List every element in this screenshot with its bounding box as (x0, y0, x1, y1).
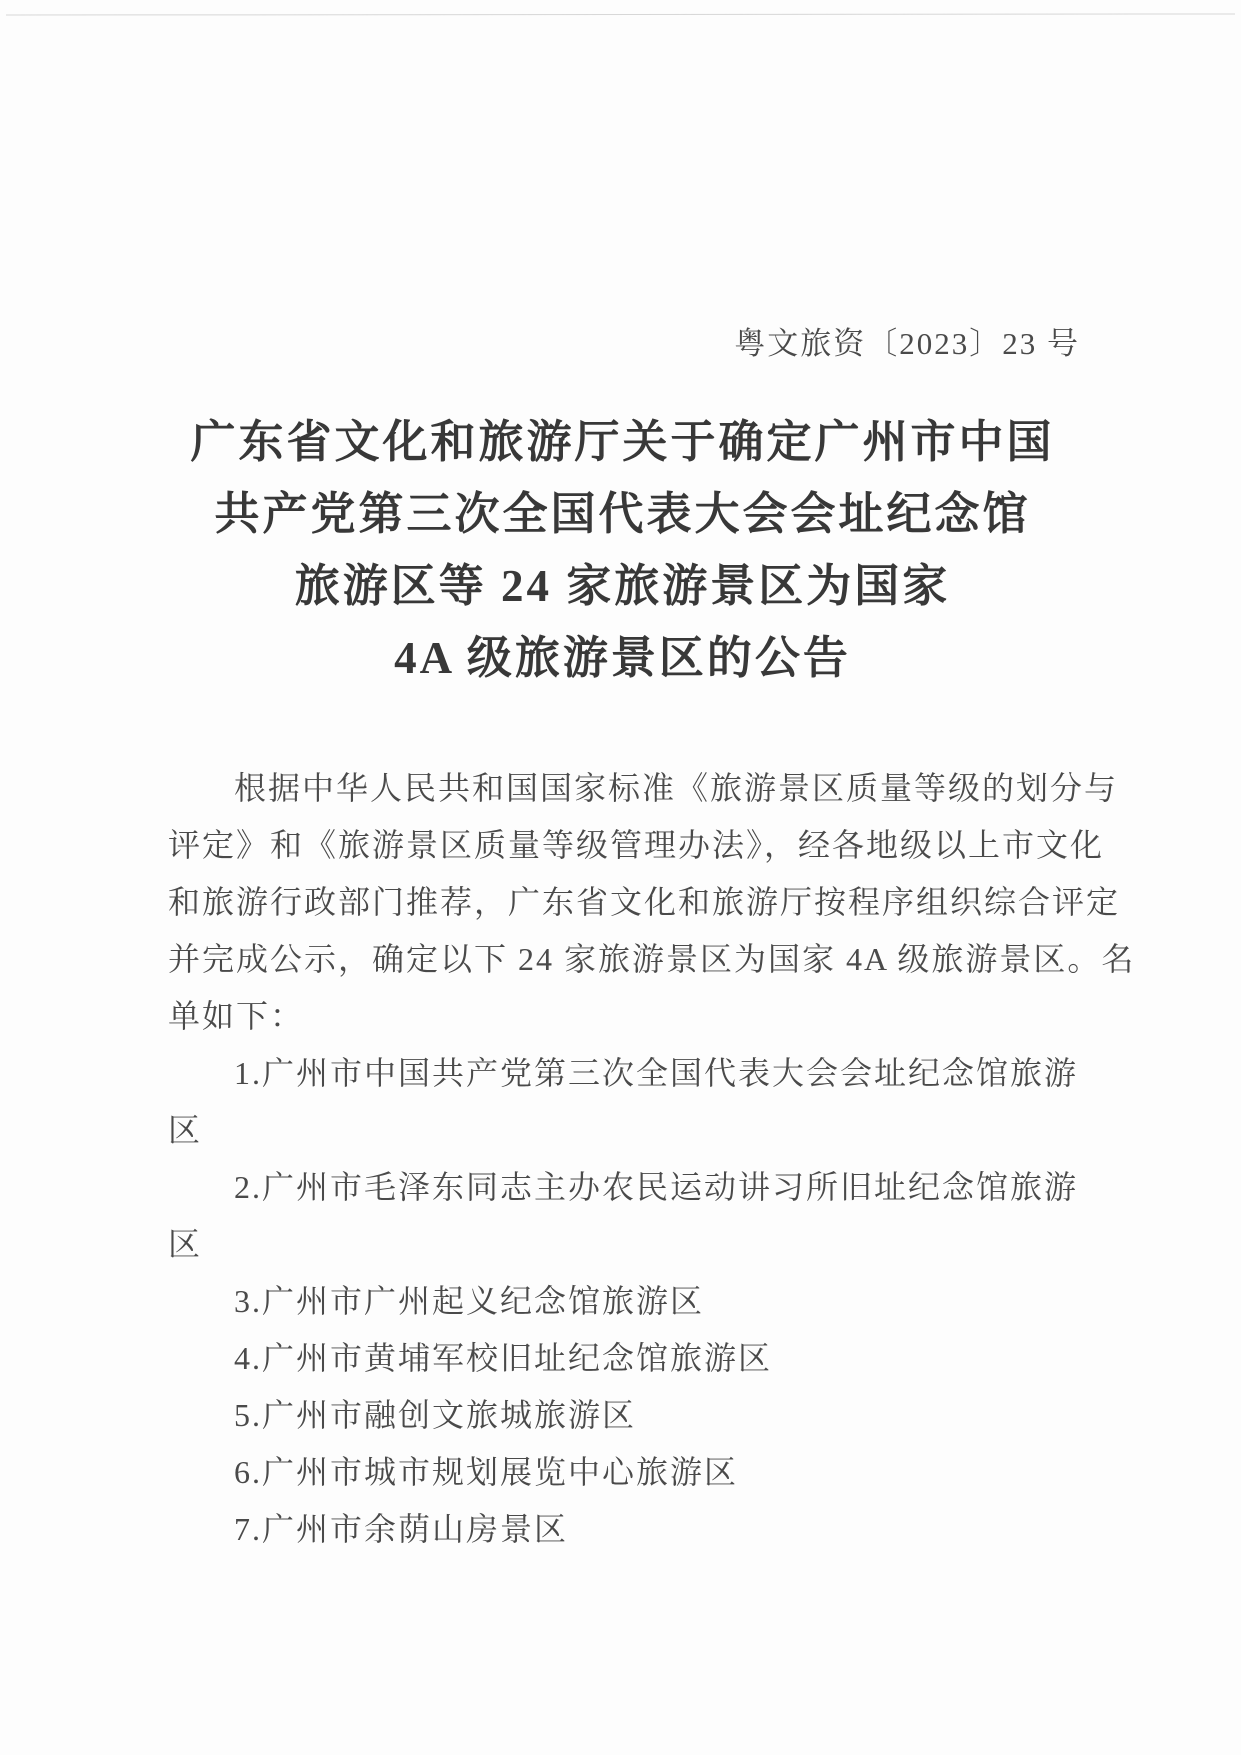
list-item-line-1: 1.广州市中国共产党第三次全国代表大会会址纪念馆旅游 (168, 1045, 1113, 1102)
body-paragraph-line: 评定》和《旅游景区质量等级管理办法》，经各地级以上市文化 (168, 817, 1113, 874)
title-line-1: 广东省文化和旅游厅关于确定广州市中国 (145, 406, 1100, 478)
title-line-2: 共产党第三次全国代表大会会址纪念馆 (145, 478, 1100, 550)
document-title: 广东省文化和旅游厅关于确定广州市中国 共产党第三次全国代表大会会址纪念馆 旅游区… (145, 406, 1100, 694)
scanned-document-page: 粤文旅资〔2023〕23 号 广东省文化和旅游厅关于确定广州市中国 共产党第三次… (0, 0, 1241, 1755)
list-item-line-5: 5.广州市融创文旅城旅游区 (168, 1387, 1113, 1444)
list-item-line-2: 2.广州市毛泽东同志主办农民运动讲习所旧址纪念馆旅游 (168, 1159, 1113, 1216)
list-item-line-7: 7.广州市余荫山房景区 (168, 1501, 1113, 1558)
body-paragraph-line: 根据中华人民共和国国家标准《旅游景区质量等级的划分与 (168, 760, 1113, 817)
body-paragraph-line: 并完成公示，确定以下 24 家旅游景区为国家 4A 级旅游景区。名 (168, 931, 1113, 988)
list-item-line-1-continuation: 区 (168, 1102, 1113, 1159)
list-item-line-4: 4.广州市黄埔军校旧址纪念馆旅游区 (168, 1330, 1113, 1387)
list-item-line-6: 6.广州市城市规划展览中心旅游区 (168, 1444, 1113, 1501)
document-reference-number: 粤文旅资〔2023〕23 号 (168, 318, 1080, 363)
scan-artifact-line (6, 13, 1235, 15)
body-paragraph-line: 单如下： (168, 988, 1113, 1045)
list-item-line-3: 3.广州市广州起义纪念馆旅游区 (168, 1273, 1113, 1330)
document-body: 根据中华人民共和国国家标准《旅游景区质量等级的划分与 评定》和《旅游景区质量等级… (168, 760, 1113, 1558)
list-item-line-2-continuation: 区 (168, 1216, 1113, 1273)
title-line-4: 4A 级旅游景区的公告 (145, 622, 1100, 694)
title-line-3: 旅游区等 24 家旅游景区为国家 (145, 550, 1100, 622)
body-paragraph-line: 和旅游行政部门推荐，广东省文化和旅游厅按程序组织综合评定 (168, 874, 1113, 931)
